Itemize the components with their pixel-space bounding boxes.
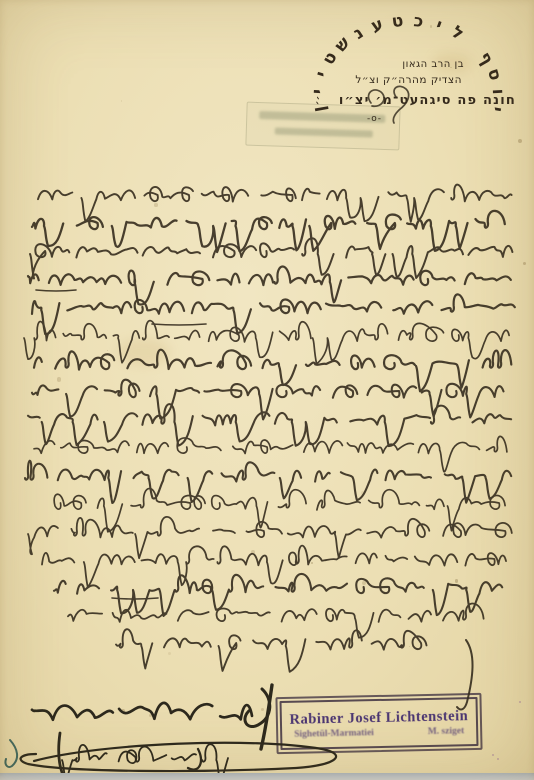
signature-name-stroke <box>32 703 252 720</box>
handwriting-line <box>32 294 515 334</box>
handwritten-bh-mark <box>368 86 408 123</box>
scanned-letter-page: יוסףליכטענשטיין׳׳ בן הרב הגאון הצדיק מהר… <box>0 0 534 780</box>
handwriting-descender-stroke <box>457 640 473 709</box>
handwriting-line <box>28 517 512 558</box>
handwriting-line <box>34 350 511 391</box>
handwriting-line <box>30 238 512 278</box>
handwriting-line <box>54 489 505 532</box>
signature <box>5 685 336 780</box>
handwriting-line <box>28 267 511 305</box>
handwriting-line <box>34 436 507 471</box>
handwriting-line <box>42 546 506 588</box>
handwriting-line <box>38 185 512 222</box>
handwriting-line <box>116 629 427 672</box>
handwriting-underline <box>36 290 76 291</box>
handwritten-bh-stroke <box>368 86 408 123</box>
handwriting-line <box>25 461 511 503</box>
signature-teal-stroke <box>5 740 17 767</box>
handwriting-body <box>24 185 515 710</box>
scan-edge-strip <box>0 773 534 780</box>
signature-flourish <box>188 749 201 770</box>
handwriting-line <box>28 404 511 446</box>
handwriting-underline <box>152 324 206 325</box>
handwriting-ink-layer <box>0 0 534 780</box>
handwriting-line <box>54 574 502 616</box>
